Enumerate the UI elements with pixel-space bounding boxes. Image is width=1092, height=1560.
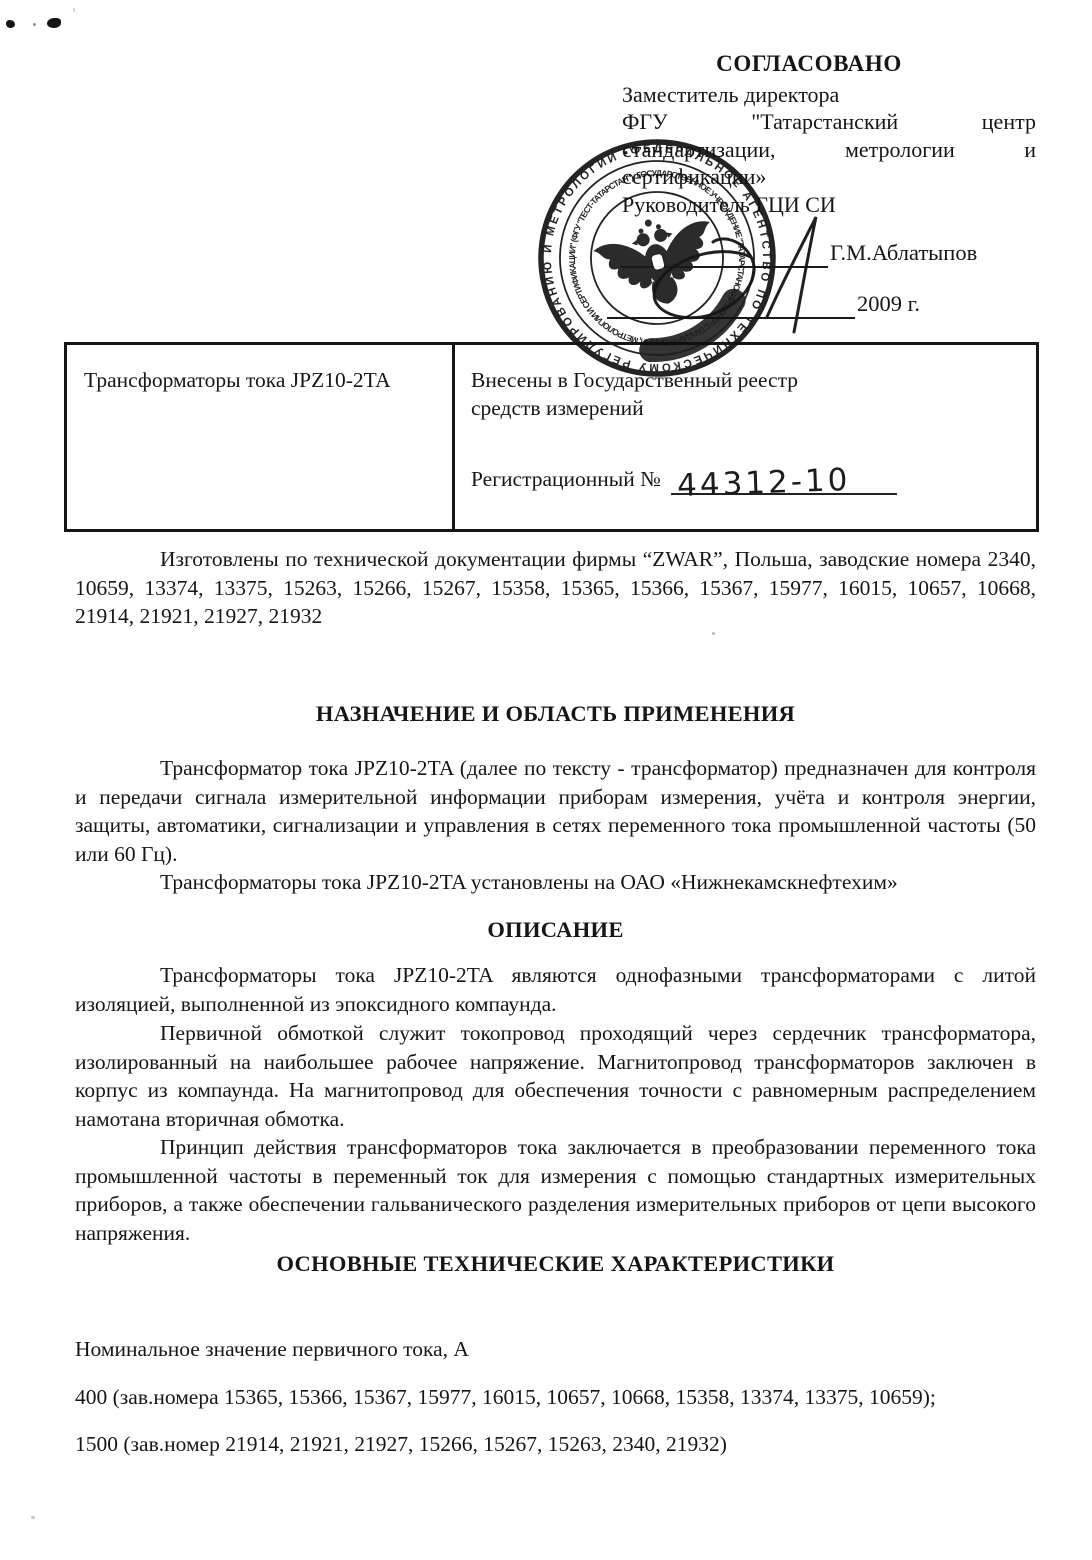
registration-row: Регистрационный № 44312-10 — [471, 447, 1016, 495]
description-paragraph: Трансформаторы тока JPZ10-2TA являются о… — [75, 961, 1036, 1018]
year-label: 2009 г. — [857, 291, 920, 317]
specs-heading: ОСНОВНЫЕ ТЕХНИЧЕСКИЕ ХАРАКТЕРИСТИКИ — [75, 1251, 1036, 1277]
purpose-paragraph: Трансформатор тока JPZ10-2TA (далее по т… — [75, 754, 1036, 868]
registry-text-line: средств измерений — [471, 394, 1016, 422]
description-paragraph: Принцип действия трансформаторов тока за… — [75, 1133, 1036, 1247]
approval-word: метрологии — [845, 136, 955, 164]
registration-number-field: 44312-10 — [671, 447, 897, 495]
description-heading: ОПИСАНИЕ — [75, 917, 1036, 943]
ink-speck — [73, 8, 75, 12]
specs-line: Номинальное значение первичного тока, А — [75, 1335, 1036, 1364]
approval-word: центр — [982, 108, 1036, 136]
description-paragraph: Первичной обмоткой служит токопровод про… — [75, 1019, 1036, 1133]
approval-line: Заместитель директора — [622, 81, 1036, 109]
table-cell-device: Трансформаторы тока JPZ10-2TA — [67, 345, 455, 529]
manufacture-paragraph: Изготовлены по технической документации … — [75, 545, 1036, 631]
specs-line: 400 (зав.номера 15365, 15366, 15367, 159… — [75, 1383, 1036, 1412]
ink-speck — [6, 20, 15, 28]
purpose-heading: НАЗНАЧЕНИЕ И ОБЛАСТЬ ПРИМЕНЕНИЯ — [75, 701, 1036, 727]
specs-line: 1500 (зав.номер 21914, 21921, 21927, 152… — [75, 1430, 1036, 1459]
ink-speck — [47, 18, 61, 28]
ink-speck — [33, 23, 36, 26]
ink-speck — [712, 632, 715, 635]
signature — [555, 195, 855, 340]
scanned-document-page: { "approval": { "title": "СОГЛАСОВАНО", … — [0, 0, 1092, 1560]
signature-stroke-icon — [555, 195, 855, 340]
approval-word: "Татарстанский — [751, 108, 898, 136]
registration-label: Регистрационный № — [471, 465, 661, 495]
purpose-section: Трансформатор тока JPZ10-2TA (далее по т… — [75, 754, 1036, 897]
ink-speck — [31, 1516, 35, 1519]
approval-word: и — [1024, 136, 1036, 164]
purpose-paragraph: Трансформаторы тока JPZ10-2TA установлен… — [75, 868, 1036, 897]
registration-number-handwritten: 44312-10 — [676, 466, 850, 500]
approval-title: СОГЛАСОВАНО — [622, 50, 1036, 78]
